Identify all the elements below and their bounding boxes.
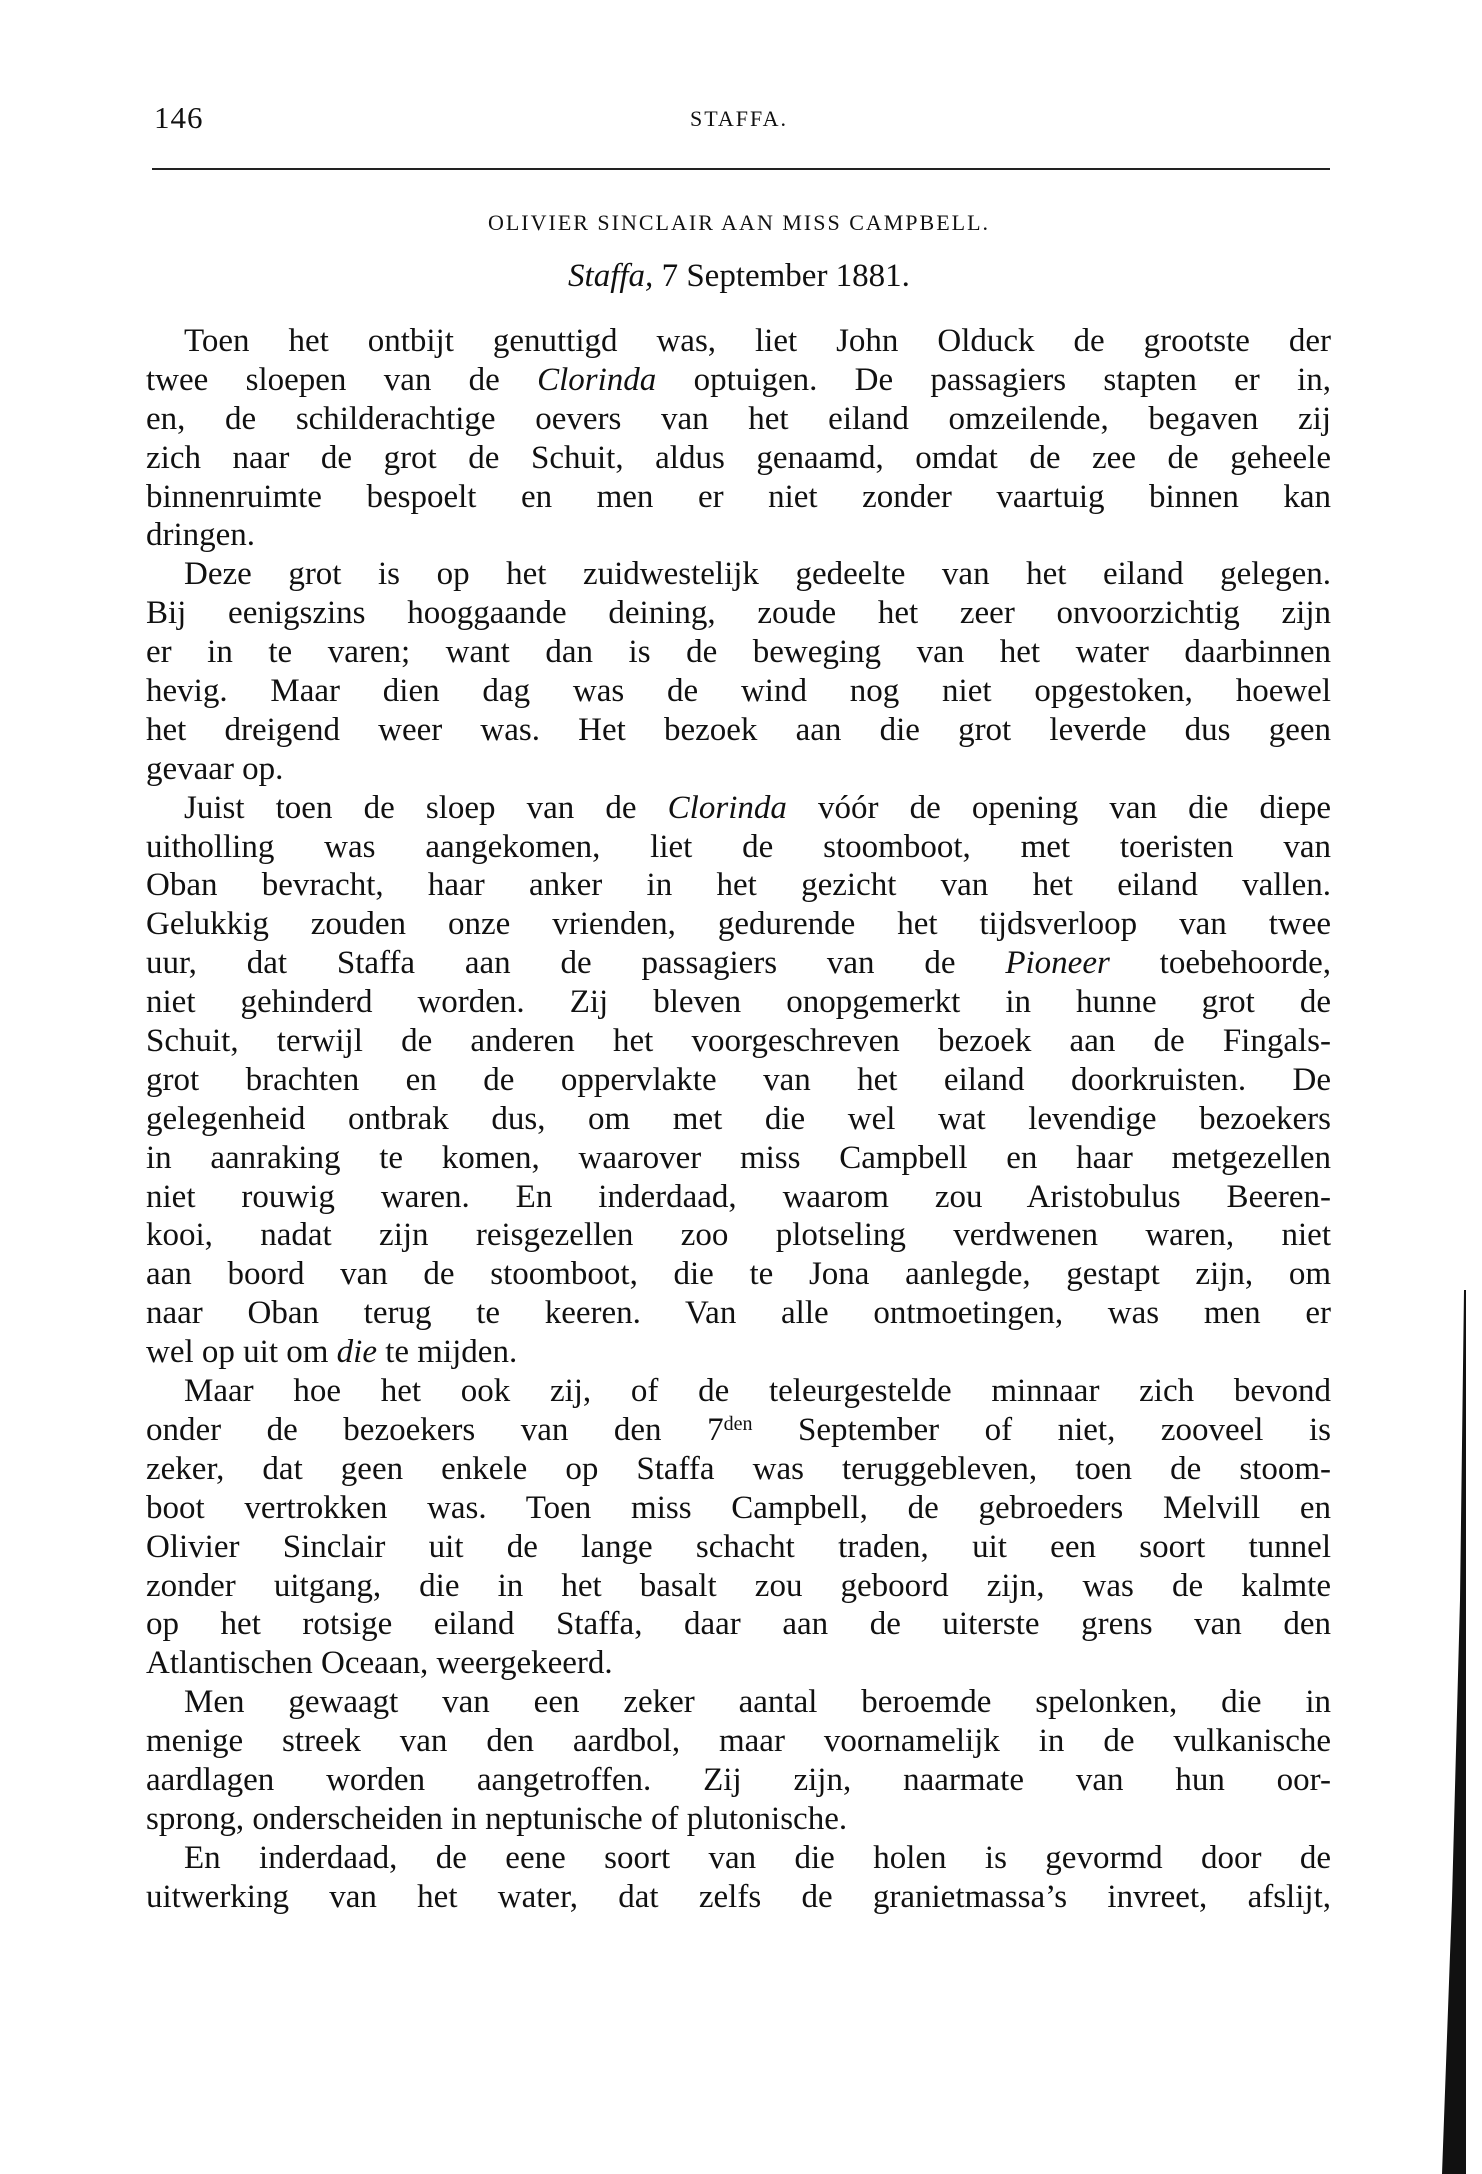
text-run: uitholling was aangekomen, liet de stoom…	[146, 829, 1331, 865]
text-run: er in te varen; want dan is de beweging …	[146, 634, 1331, 670]
text-line: Maar hoe het ook zij, of de teleurgestel…	[146, 1372, 1331, 1411]
text-run: in aanraking te komen, waarover miss Cam…	[146, 1140, 1331, 1176]
text-line: grot brachten en de oppervlakte van het …	[146, 1061, 1331, 1100]
text-line: niet gehinderd worden. Zij bleven onopge…	[146, 983, 1331, 1022]
text-run: Olivier Sinclair uit de lange schacht tr…	[146, 1529, 1331, 1565]
text-run: zich naar de grot de Schuit, aldus genaa…	[146, 440, 1331, 476]
text-line: er in te varen; want dan is de beweging …	[146, 633, 1331, 672]
text-line: Bij eenigszins hooggaande deining, zoude…	[146, 594, 1331, 633]
text-line: boot vertrokken was. Toen miss Campbell,…	[146, 1489, 1331, 1528]
text-line: uur, dat Staffa aan de passagiers van de…	[146, 944, 1331, 983]
italic-text: Clorinda	[668, 790, 787, 826]
text-run: Bij eenigszins hooggaande deining, zoude…	[146, 595, 1331, 631]
text-line: zonder uitgang, die in het basalt zou ge…	[146, 1567, 1331, 1606]
text-line: wel op uit om die te mijden.	[146, 1333, 1331, 1372]
text-run: naar Oban terug te keeren. Van alle ontm…	[146, 1295, 1331, 1331]
text-run: zeker, dat geen enkele op Staffa was ter…	[146, 1451, 1331, 1487]
text-run: aan boord van de stoomboot, die te Jona …	[146, 1256, 1331, 1292]
text-run: niet rouwig waren. En inderdaad, waarom …	[146, 1179, 1331, 1215]
text-run: het dreigend weer was. Het bezoek aan di…	[146, 712, 1331, 748]
text-run: gelegenheid ontbrak dus, om met die wel …	[146, 1101, 1331, 1137]
text-run: onder de bezoekers van den 7	[146, 1412, 724, 1448]
text-line: het dreigend weer was. Het bezoek aan di…	[146, 711, 1331, 750]
book-page: 146 STAFFA. OLIVIER SINCLAIR AAN MISS CA…	[0, 0, 1482, 2174]
text-run: Schuit, terwijl de anderen het voorgesch…	[146, 1023, 1331, 1059]
text-line: hevig. Maar dien dag was de wind nog nie…	[146, 672, 1331, 711]
italic-text: die	[337, 1334, 377, 1370]
text-line: naar Oban terug te keeren. Van alle ontm…	[146, 1294, 1331, 1333]
text-line: en, de schilderachtige oevers van het ei…	[146, 400, 1331, 439]
text-line: En inderdaad, de eene soort van die hole…	[146, 1839, 1331, 1878]
text-run: op het rotsige eiland Staffa, daar aan d…	[146, 1606, 1331, 1642]
text-line: uitwerking van het water, dat zelfs de g…	[146, 1878, 1331, 1917]
text-line: Oban bevracht, haar anker in het gezicht…	[146, 866, 1331, 905]
italic-text: Pioneer	[1005, 945, 1109, 981]
text-run: aardlagen worden aangetroffen. Zij zijn,…	[146, 1762, 1331, 1798]
text-run: en, de schilderachtige oevers van het ei…	[146, 401, 1331, 437]
running-title: STAFFA.	[148, 106, 1330, 132]
text-line: Juist toen de sloep van de Clorinda vóór…	[146, 789, 1331, 828]
superscript-text: den	[724, 1413, 753, 1435]
text-run: Gelukkig zouden onze vrienden, gedurende…	[146, 906, 1331, 942]
page-edge-shadow	[1422, 0, 1482, 2174]
text-line: twee sloepen van de Clorinda optuigen. D…	[146, 361, 1331, 400]
text-line: Olivier Sinclair uit de lange schacht tr…	[146, 1528, 1331, 1567]
dateline-date: 7 September 1881.	[653, 258, 910, 294]
header-rule	[152, 168, 1330, 170]
text-line: uitholling was aangekomen, liet de stoom…	[146, 828, 1331, 867]
text-line: Gelukkig zouden onze vrienden, gedurende…	[146, 905, 1331, 944]
text-line: Men gewaagt van een zeker aantal beroemd…	[146, 1683, 1331, 1722]
text-line: Toen het ontbijt genuttigd was, liet Joh…	[146, 322, 1331, 361]
text-run: Men gewaagt van een zeker aantal beroemd…	[184, 1684, 1331, 1720]
text-line: zich naar de grot de Schuit, aldus genaa…	[146, 439, 1331, 478]
text-line: onder de bezoekers van den 7den Septembe…	[146, 1411, 1331, 1450]
text-run: grot brachten en de oppervlakte van het …	[146, 1062, 1331, 1098]
text-run: Toen het ontbijt genuttigd was, liet Joh…	[184, 323, 1331, 359]
text-run: sprong, onderscheiden in neptunische of …	[146, 1801, 847, 1837]
text-line: gevaar op.	[146, 750, 1331, 789]
text-line: gelegenheid ontbrak dus, om met die wel …	[146, 1100, 1331, 1139]
text-run: boot vertrokken was. Toen miss Campbell,…	[146, 1490, 1331, 1526]
text-run: binnenruimte bespoelt en men er niet zon…	[146, 479, 1331, 515]
text-run: Atlantischen Oceaan, weergekeerd.	[146, 1645, 613, 1681]
text-line: in aanraking te komen, waarover miss Cam…	[146, 1139, 1331, 1178]
text-line: kooi, nadat zijn reisgezellen zoo plotse…	[146, 1216, 1331, 1255]
text-line: niet rouwig waren. En inderdaad, waarom …	[146, 1178, 1331, 1217]
text-run: kooi, nadat zijn reisgezellen zoo plotse…	[146, 1217, 1331, 1253]
text-line: Schuit, terwijl de anderen het voorgesch…	[146, 1022, 1331, 1061]
text-run: dringen.	[146, 517, 255, 553]
running-head: 146 STAFFA.	[148, 100, 1330, 140]
letter-heading: OLIVIER SINCLAIR AAN MISS CAMPBELL.	[148, 210, 1330, 236]
text-run: menige streek van den aardbol, maar voor…	[146, 1723, 1331, 1759]
text-line: op het rotsige eiland Staffa, daar aan d…	[146, 1605, 1331, 1644]
text-line: sprong, onderscheiden in neptunische of …	[146, 1800, 1331, 1839]
text-run: uur, dat Staffa aan de passagiers van de	[146, 945, 1005, 981]
text-line: Atlantischen Oceaan, weergekeerd.	[146, 1644, 1331, 1683]
dateline: Staffa, 7 September 1881.	[148, 258, 1330, 295]
text-run: gevaar op.	[146, 751, 283, 787]
text-line: aan boord van de stoomboot, die te Jona …	[146, 1255, 1331, 1294]
text-run: Oban bevracht, haar anker in het gezicht…	[146, 867, 1331, 903]
text-line: aardlagen worden aangetroffen. Zij zijn,…	[146, 1761, 1331, 1800]
text-run: twee sloepen van de	[146, 362, 537, 398]
text-line: binnenruimte bespoelt en men er niet zon…	[146, 478, 1331, 517]
text-run: vóór de opening van die diepe	[787, 790, 1331, 826]
body-text: Toen het ontbijt genuttigd was, liet Joh…	[146, 322, 1331, 1917]
italic-text: Clorinda	[537, 362, 656, 398]
text-run: uitwerking van het water, dat zelfs de g…	[146, 1879, 1331, 1915]
dateline-place: Staffa,	[568, 258, 653, 294]
text-run: toebehoorde,	[1110, 945, 1331, 981]
text-line: menige streek van den aardbol, maar voor…	[146, 1722, 1331, 1761]
text-run: te mijden.	[377, 1334, 517, 1370]
text-run: September of niet, zooveel is	[752, 1412, 1331, 1448]
text-run: Maar hoe het ook zij, of de teleurgestel…	[184, 1373, 1331, 1409]
text-run: hevig. Maar dien dag was de wind nog nie…	[146, 673, 1331, 709]
text-run: optuigen. De passagiers stapten er in,	[656, 362, 1331, 398]
text-run: En inderdaad, de eene soort van die hole…	[184, 1840, 1331, 1876]
text-run: Deze grot is op het zuidwestelijk gedeel…	[184, 556, 1331, 592]
text-line: Deze grot is op het zuidwestelijk gedeel…	[146, 555, 1331, 594]
text-run: Juist toen de sloep van de	[184, 790, 668, 826]
text-run: wel op uit om	[146, 1334, 337, 1370]
text-run: zonder uitgang, die in het basalt zou ge…	[146, 1568, 1331, 1604]
text-run: niet gehinderd worden. Zij bleven onopge…	[146, 984, 1331, 1020]
text-line: zeker, dat geen enkele op Staffa was ter…	[146, 1450, 1331, 1489]
text-line: dringen.	[146, 516, 1331, 555]
